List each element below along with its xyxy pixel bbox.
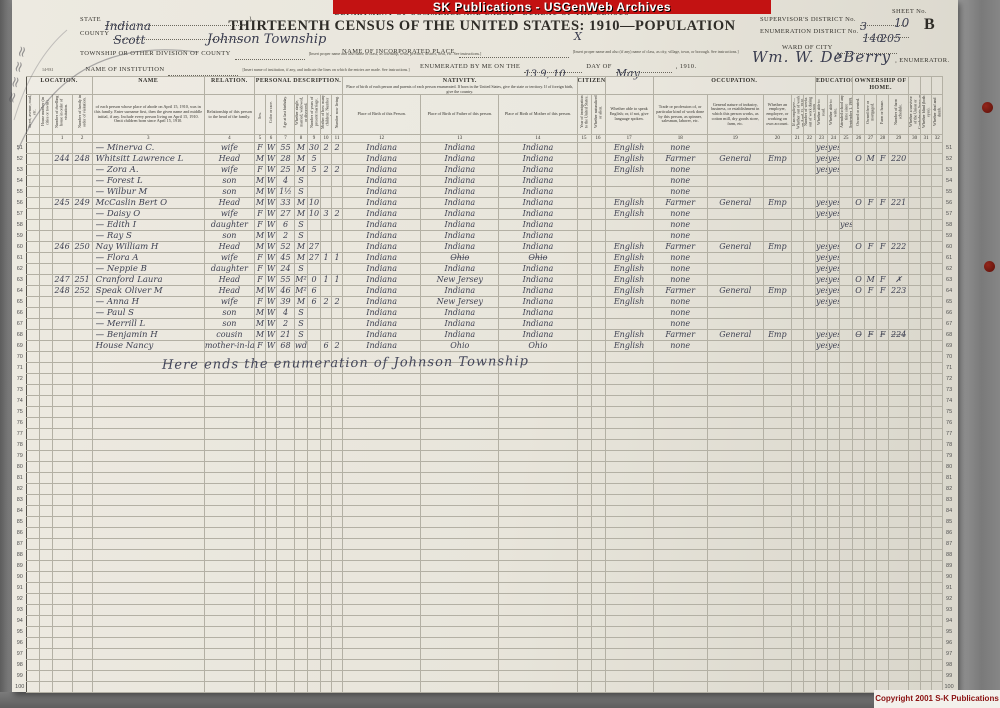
census-cell: 21 (276, 330, 294, 341)
census-cell (332, 594, 343, 605)
census-cell (605, 407, 653, 418)
census-cell (932, 528, 943, 539)
line-number: 72 (14, 374, 26, 385)
census-cell: yes (828, 154, 840, 165)
census-cell (92, 550, 204, 561)
census-cell (921, 473, 932, 484)
census-cell: none (653, 176, 707, 187)
census-cell (707, 539, 763, 550)
census-cell (791, 330, 803, 341)
census-cell (909, 231, 921, 242)
census-cell (791, 187, 803, 198)
census-cell (803, 616, 815, 627)
census-cell (332, 517, 343, 528)
line-number: 89 (14, 561, 26, 572)
column-label: If an employee— Whether out of work on A… (792, 95, 804, 129)
census-cell (52, 341, 72, 352)
census-cell (26, 517, 39, 528)
census-cell: F (877, 286, 889, 297)
census-cell (254, 528, 265, 539)
column-number: 27 (865, 135, 877, 143)
census-cell (39, 407, 52, 418)
census-cell (865, 561, 877, 572)
census-cell (840, 539, 853, 550)
census-cell: — Daisy O (92, 209, 204, 220)
census-cell: Indiana (421, 286, 499, 297)
census-cell (791, 627, 803, 638)
census-cell (605, 440, 653, 451)
census-cell: 2̶2̶4̶ (889, 330, 909, 341)
census-cell (39, 517, 52, 528)
column-header: Whether able to read. (815, 95, 827, 135)
census-cell (26, 594, 39, 605)
census-cell (803, 319, 815, 330)
census-cell (332, 440, 343, 451)
census-cell (321, 176, 332, 187)
census-cell (791, 231, 803, 242)
census-cell (653, 385, 707, 396)
census-cell (321, 242, 332, 253)
column-number: 18 (653, 135, 707, 143)
census-cell: O̶ (853, 330, 865, 341)
census-cell (791, 517, 803, 528)
census-cell (591, 605, 605, 616)
census-cell (39, 605, 52, 616)
line-number: 93 (943, 605, 955, 616)
line-number: 65 (943, 297, 955, 308)
census-cell (909, 638, 921, 649)
census-cell (276, 484, 294, 495)
line-number: 94 (14, 616, 26, 627)
census-cell: Indiana (499, 308, 577, 319)
census-cell (803, 308, 815, 319)
census-cell (921, 308, 932, 319)
census-cell (92, 627, 204, 638)
column-label: Whether single, married, widowed, or div… (295, 95, 308, 129)
census-cell (308, 407, 321, 418)
line-number: 56 (14, 198, 26, 209)
census-cell: none (653, 297, 707, 308)
census-cell (591, 308, 605, 319)
census-cell (52, 374, 72, 385)
census-cell: O (853, 242, 865, 253)
census-cell (877, 220, 889, 231)
census-cell (791, 462, 803, 473)
census-cell (791, 253, 803, 264)
census-cell: Speak Oliver M (92, 286, 204, 297)
census-cell: F (865, 242, 877, 253)
census-cell (72, 517, 92, 528)
column-header: Number of weeks out of work during year … (803, 95, 815, 135)
census-cell (26, 473, 39, 484)
census-cell (591, 330, 605, 341)
census-cell (421, 550, 499, 561)
census-cell (421, 407, 499, 418)
line-number: 56 (943, 198, 955, 209)
census-cell (791, 484, 803, 495)
census-cell (707, 264, 763, 275)
census-cell (840, 231, 853, 242)
census-cell: 68 (276, 341, 294, 352)
census-cell (763, 572, 791, 583)
census-cell (254, 484, 265, 495)
census-cell: Indiana (343, 297, 421, 308)
census-cell: F (865, 198, 877, 209)
census-cell (92, 385, 204, 396)
census-cell: yes (815, 330, 827, 341)
census-cell (865, 671, 877, 682)
census-cell (499, 385, 577, 396)
census-cell (39, 242, 52, 253)
census-cell (39, 198, 52, 209)
census-cell (591, 143, 605, 154)
census-cell (840, 440, 853, 451)
line-number: 95 (14, 627, 26, 638)
census-cell (932, 176, 943, 187)
census-cell (26, 484, 39, 495)
census-cell (72, 627, 92, 638)
census-cell (254, 649, 265, 660)
census-cell (840, 682, 853, 693)
census-cell (591, 440, 605, 451)
census-cell (321, 550, 332, 561)
census-cell (332, 605, 343, 616)
census-row: 7777 (14, 429, 955, 440)
census-cell (653, 451, 707, 462)
census-cell (265, 418, 276, 429)
census-cell: Indiana (343, 143, 421, 154)
census-cell (92, 594, 204, 605)
census-cell (921, 176, 932, 187)
census-cell (72, 363, 92, 374)
census-cell: 1 (321, 253, 332, 264)
column-header: Owned or rented. (853, 95, 865, 135)
census-cell (577, 627, 591, 638)
census-cell (932, 154, 943, 165)
census-cell (889, 572, 909, 583)
census-cell (877, 451, 889, 462)
census-cell (308, 627, 321, 638)
census-cell (276, 473, 294, 484)
census-cell (52, 231, 72, 242)
census-cell: F (254, 253, 265, 264)
census-cell: M (295, 297, 308, 308)
census-cell (815, 583, 827, 594)
census-cell (921, 583, 932, 594)
census-cell (92, 517, 204, 528)
census-cell (853, 429, 865, 440)
census-cell (707, 484, 763, 495)
census-cell (295, 429, 308, 440)
line-number: 67 (943, 319, 955, 330)
census-cell (853, 440, 865, 451)
census-cell (763, 451, 791, 462)
census-cell (909, 473, 921, 484)
census-row: 8585 (14, 517, 955, 528)
census-cell (763, 231, 791, 242)
census-cell (791, 297, 803, 308)
column-number: 31 (921, 135, 932, 143)
census-cell: M (295, 253, 308, 264)
census-cell (39, 264, 52, 275)
census-cell (332, 561, 343, 572)
census-cell (877, 264, 889, 275)
census-cell (308, 550, 321, 561)
census-cell (332, 286, 343, 297)
census-cell: mother-in-law (204, 341, 254, 352)
census-cell (877, 616, 889, 627)
census-cell (763, 253, 791, 264)
census-cell (321, 429, 332, 440)
census-cell (707, 506, 763, 517)
census-cell: Indiana (343, 286, 421, 297)
census-cell (803, 165, 815, 176)
census-cell (52, 176, 72, 187)
census-cell (72, 308, 92, 319)
census-cell (605, 451, 653, 462)
census-cell: 1 (332, 275, 343, 286)
census-row: 7878 (14, 440, 955, 451)
census-cell (321, 671, 332, 682)
census-cell (840, 660, 853, 671)
census-cell (877, 418, 889, 429)
census-cell: Head (204, 286, 254, 297)
column-number: 23 (815, 135, 827, 143)
census-cell: Farmer (653, 198, 707, 209)
line-number: 80 (943, 462, 955, 473)
census-cell (791, 495, 803, 506)
line-number: 85 (943, 517, 955, 528)
census-cell (72, 495, 92, 506)
census-cell (308, 528, 321, 539)
column-label: Number of farm schedule. (894, 95, 903, 129)
census-cell (889, 396, 909, 407)
census-cell: yes (815, 286, 827, 297)
census-cell: M (295, 198, 308, 209)
census-cell (577, 253, 591, 264)
census-cell (828, 418, 840, 429)
census-cell (265, 462, 276, 473)
census-cell (853, 506, 865, 517)
column-label: Whether a survivor of the Union or Confe… (909, 95, 921, 129)
census-cell (605, 176, 653, 187)
census-cell (853, 231, 865, 242)
census-cell (577, 605, 591, 616)
line-number: 81 (14, 473, 26, 484)
census-cell (39, 231, 52, 242)
census-cell (853, 660, 865, 671)
census-cell (254, 594, 265, 605)
census-cell: O (853, 198, 865, 209)
census-cell: Emp (763, 154, 791, 165)
census-cell (39, 187, 52, 198)
census-cell: 45 (276, 253, 294, 264)
census-cell (909, 264, 921, 275)
census-cell (421, 605, 499, 616)
census-cell: General (707, 154, 763, 165)
census-cell: 25 (276, 165, 294, 176)
census-cell: 6 (308, 297, 321, 308)
census-cell (591, 572, 605, 583)
census-cell (26, 429, 39, 440)
census-cell (921, 561, 932, 572)
census-cell (803, 341, 815, 352)
census-cell (308, 231, 321, 242)
census-cell (591, 242, 605, 253)
census-cell: O̶h̶i̶o̶ (421, 253, 499, 264)
census-cell: — Merrill L (92, 319, 204, 330)
census-cell (707, 143, 763, 154)
census-cell (72, 682, 92, 693)
census-cell (763, 671, 791, 682)
column-header: Place of Birth of Mother of this person. (499, 95, 577, 135)
census-cell (909, 297, 921, 308)
census-cell (52, 550, 72, 561)
census-cell: 1 (321, 275, 332, 286)
census-cell (26, 352, 39, 363)
census-cell (26, 253, 39, 264)
census-cell (932, 506, 943, 517)
enumerated-field: ENUMERATED BY ME ON THE 13 9, 10 DAY OF … (420, 55, 696, 73)
census-cell: W (265, 264, 276, 275)
census-cell (276, 605, 294, 616)
census-cell (577, 176, 591, 187)
group-title (606, 77, 653, 78)
census-cell (932, 539, 943, 550)
census-cell (853, 605, 865, 616)
census-cell: 2 (332, 341, 343, 352)
column-header: Whether able to speak English; or, if no… (605, 95, 653, 135)
line-number: 96 (943, 638, 955, 649)
census-cell (591, 649, 605, 660)
census-cell (865, 308, 877, 319)
census-cell (577, 616, 591, 627)
census-cell (653, 649, 707, 660)
census-cell (909, 572, 921, 583)
census-cell (840, 473, 853, 484)
census-cell (605, 528, 653, 539)
line-number: 60 (14, 242, 26, 253)
census-cell (815, 385, 827, 396)
census-cell (815, 418, 827, 429)
census-cell (26, 561, 39, 572)
census-cell (828, 506, 840, 517)
census-cell: none (653, 220, 707, 231)
census-cell (840, 242, 853, 253)
census-cell: Farmer (653, 330, 707, 341)
census-cell (909, 330, 921, 341)
census-cell: English (605, 209, 653, 220)
census-cell (577, 671, 591, 682)
census-cell (591, 484, 605, 495)
census-cell: General (707, 286, 763, 297)
census-cell (840, 429, 853, 440)
census-cell (803, 385, 815, 396)
census-cell (828, 561, 840, 572)
census-cell (889, 484, 909, 495)
census-cell (853, 473, 865, 484)
census-cell (499, 495, 577, 506)
census-cell: 245 (52, 198, 72, 209)
census-cell (853, 165, 865, 176)
census-cell (909, 143, 921, 154)
census-cell (26, 385, 39, 396)
census-cell (840, 451, 853, 462)
census-cell (932, 583, 943, 594)
census-cell (92, 605, 204, 616)
census-cell (26, 528, 39, 539)
line-number: 99 (943, 671, 955, 682)
census-cell (707, 462, 763, 473)
census-cell (308, 638, 321, 649)
census-cell (653, 374, 707, 385)
census-cell (653, 495, 707, 506)
census-cell (591, 429, 605, 440)
census-cell (92, 638, 204, 649)
census-cell: none (653, 264, 707, 275)
census-cell (72, 341, 92, 352)
census-cell (877, 528, 889, 539)
census-cell: Indiana (343, 319, 421, 330)
enumerated-year: , 1910. (676, 63, 697, 70)
census-cell (265, 583, 276, 594)
census-cell (204, 517, 254, 528)
census-cell: F (877, 198, 889, 209)
census-cell (321, 484, 332, 495)
census-cell: yes (815, 209, 827, 220)
census-cell (26, 451, 39, 462)
census-cell: yes (828, 209, 840, 220)
census-cell (265, 550, 276, 561)
column-label: Trade or profession of, or particular ki… (656, 104, 704, 123)
census-cell (321, 308, 332, 319)
census-cell (39, 253, 52, 264)
census-cell (921, 462, 932, 473)
census-cell (499, 550, 577, 561)
census-cell (815, 616, 827, 627)
census-cell: English (605, 330, 653, 341)
census-cell (332, 638, 343, 649)
census-cell (254, 517, 265, 528)
census-cell: F (254, 209, 265, 220)
census-cell (763, 517, 791, 528)
census-cell (577, 484, 591, 495)
census-cell (295, 561, 308, 572)
census-cell (343, 462, 421, 473)
column-header: Whether blind (both eyes). (921, 95, 932, 135)
census-row: 9494 (14, 616, 955, 627)
census-cell (276, 649, 294, 660)
census-cell (591, 594, 605, 605)
census-cell (92, 539, 204, 550)
line-number: 63 (943, 275, 955, 286)
census-cell: 46 (276, 286, 294, 297)
census-cell (499, 627, 577, 638)
census-cell (421, 396, 499, 407)
census-cell (254, 429, 265, 440)
census-cell (265, 649, 276, 660)
census-cell (204, 451, 254, 462)
census-cell (204, 506, 254, 517)
census-cell: Indiana (343, 209, 421, 220)
census-cell (815, 594, 827, 605)
census-cell (26, 242, 39, 253)
census-cell (499, 451, 577, 462)
census-cell (815, 638, 827, 649)
census-cell (421, 561, 499, 572)
census-cell: Indiana (343, 275, 421, 286)
census-cell (332, 528, 343, 539)
